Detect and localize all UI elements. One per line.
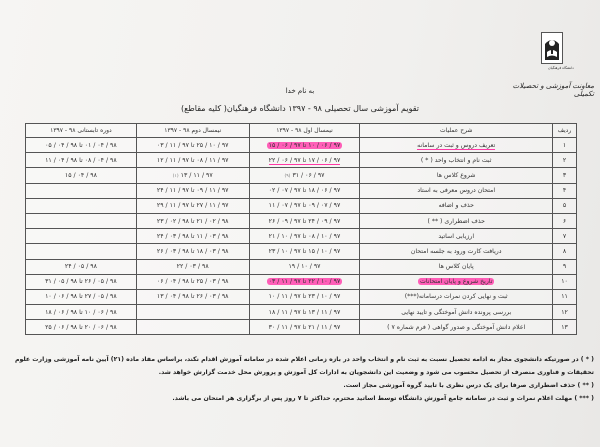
highlighted-desc: تاریخ شروع و پایان امتحانات: [418, 278, 494, 285]
row-no: ۲: [553, 153, 577, 168]
row-summer: ۹۸ / ۰۶ / ۲۰ تا ۹۸ / ۰۶ / ۲۵: [26, 320, 137, 335]
row-desc: حذف و اضافه: [360, 198, 553, 213]
row-no: ۱۲: [553, 305, 577, 320]
row-sem2: ۹۸ / ۰۳ / ۲۵ تا ۹۸ / ۰۴ / ۰۶: [136, 274, 249, 289]
row-sem2: ۹۷ / ۱۱ / ۰۸ تا ۹۷ / ۱۱ / ۱۲: [136, 153, 249, 168]
row-summer: ۹۸ / ۰۴ / ۰۸ تا ۹۸ / ۰۴ / ۱۱: [26, 153, 137, 168]
row-desc: تعریف دروس و ثبت در سامانه: [360, 138, 553, 153]
table-row: ۱ تعریف دروس و ثبت در سامانه ۹۷ / ۰۶ / ۱…: [26, 138, 577, 153]
footnotes: ( * ) در صورتیکه دانشجوی مجاز به ادامه ت…: [4, 353, 594, 405]
table-row: ۹ پایان کلاس ها ۹۷ / ۱۰ / ۱۹ ۹۸ / ۰۳ / ۲…: [26, 259, 577, 274]
row-sem2: ۹۷ / ۱۱ / ۲۷ تا ۹۷ / ۱۱ / ۲۹: [136, 198, 249, 213]
row-sem1: ۹۷ / ۰۷ / ۰۹ تا ۹۷ / ۰۷ / ۱۱: [249, 198, 360, 213]
row-desc: ثبت و نهایی کردن نمرات درسامانه(***): [360, 289, 553, 304]
row-no: ۵: [553, 198, 577, 213]
table-row: ۵ حذف و اضافه ۹۷ / ۰۷ / ۰۹ تا ۹۷ / ۰۷ / …: [26, 198, 577, 213]
row-sem2: ۹۸ / ۰۳ / ۱۱ تا ۹۸ / ۰۳ / ۲۴: [136, 229, 249, 244]
row-sem2: ۹۸ / ۰۲ / ۲۱ تا ۹۸ / ۰۲ / ۲۳: [136, 213, 249, 228]
row-summer: [26, 229, 137, 244]
row-no: ۹: [553, 259, 577, 274]
row-sem1: ۹۷ / ۱۰ / ۱۹: [249, 259, 360, 274]
row-no: ۱۱: [553, 289, 577, 304]
underlined-date: ۹۷ / ۰۶ / ۱۷ تا ۹۷ / ۰۶ / ۲۲: [269, 157, 341, 165]
footnote-2: ( ** ) حذف اضطراری صرفا برای یک درس نظری…: [4, 379, 594, 392]
table-row: ۲ ثبت نام و انتخاب واحد ( * ) ۹۷ / ۰۶ / …: [26, 153, 577, 168]
row-summer: ۹۸ / ۰۴ / ۰۱ تا ۹۸ / ۰۴ / ۰۵: [26, 138, 137, 153]
row-desc: شروع کلاس ها: [360, 168, 553, 183]
row-sem1: ۹۷ / ۱۱ / ۱۳ تا ۹۷ / ۱۱ / ۱۸: [249, 305, 360, 320]
row-sem1: ۹۷ / ۱۰ / ۱۵ تا ۹۷ / ۱۰ / ۲۳: [249, 244, 360, 259]
table-header-row: ردیف شرح عملیات نیمسال اول ۹۸ - ۱۳۹۷ نیم…: [26, 124, 577, 138]
header-sem1: نیمسال اول ۹۸ - ۱۳۹۷: [249, 124, 360, 138]
date-value: ۹۷ / ۰۶ / ۳۱: [292, 172, 324, 179]
row-desc: تاریخ شروع و پایان امتحانات: [360, 274, 553, 289]
table-row: ۴ امتحان دروس معرفی به استاد ۹۷ / ۰۶ / ۱…: [26, 183, 577, 198]
handwritten-note: (۱): [173, 174, 179, 179]
footnote-1-line-1: ( * ) در صورتیکه دانشجوی مجاز به ادامه ت…: [4, 353, 594, 366]
row-sem1: ۹۷ / ۰۶ / ۱۰ تا ۹۷ / ۰۶ / ۱۵: [249, 138, 360, 153]
row-summer: ۹۸ / ۰۴ / ۱۵: [26, 168, 137, 183]
table-row: ۱۳ اعلام دانش آموختگی و صدور گواهی ( فرم…: [26, 320, 577, 335]
academic-calendar-table: ردیف شرح عملیات نیمسال اول ۹۸ - ۱۳۹۷ نیم…: [25, 123, 577, 335]
footnote-1-line-2: تحقیقات و فناوری منصرف از تحصیل محسوب می…: [4, 366, 594, 379]
row-sem2: [136, 305, 249, 320]
row-no: ۱۰: [553, 274, 577, 289]
row-sem1: ۹۷ / ۱۰ / ۲۲ تا ۹۷ / ۱۱ / ۰۳: [249, 274, 360, 289]
underlined-desc: تعریف دروس و ثبت در سامانه: [417, 142, 495, 150]
university-logo-icon: [541, 32, 563, 64]
row-sem2: ۹۸ / ۰۳ / ۱۸ تا ۹۸ / ۰۳ / ۲۶: [136, 244, 249, 259]
row-sem2: ۹۷ / ۱۰ / ۲۵ تا ۹۷ / ۱۱ / ۰۳: [136, 138, 249, 153]
row-desc: بررسی پرونده دانش آموختگی و تایید نهایی: [360, 305, 553, 320]
row-desc: پایان کلاس ها: [360, 259, 553, 274]
row-sem2: ۹۷ / ۱۱ / ۱۳(۱): [136, 168, 249, 183]
highlighted-date: ۹۷ / ۰۶ / ۱۰ تا ۹۷ / ۰۶ / ۱۵: [267, 142, 343, 149]
row-no: ۳: [553, 168, 577, 183]
row-sem1: ۹۷ / ۱۱ / ۲۱ تا ۹۷ / ۱۱ / ۳۰: [249, 320, 360, 335]
row-no: ۸: [553, 244, 577, 259]
university-label: دانشگاه فرهنگیان: [548, 66, 574, 70]
row-summer: ۹۸ / ۰۵ / ۲۶ تا ۹۸ / ۰۵ / ۳۱: [26, 274, 137, 289]
row-summer: ۹۸ / ۰۵ / ۲۷ تا ۹۸ / ۰۶ / ۱۰: [26, 289, 137, 304]
header-description: شرح عملیات: [360, 124, 553, 138]
table-row: ۱۱ ثبت و نهایی کردن نمرات درسامانه(***) …: [26, 289, 577, 304]
row-summer: ۹۸ / ۰۵ / ۲۴: [26, 259, 137, 274]
row-desc: ارزیابی اساتید: [360, 229, 553, 244]
table-row: ۸ دریافت کارت ورود به جلسه امتحان ۹۷ / ۱…: [26, 244, 577, 259]
row-sem2: [136, 320, 249, 335]
date-value: ۹۷ / ۱۱ / ۱۳: [181, 172, 213, 179]
header-sem2: نیمسال دوم ۹۸ - ۱۳۹۷: [136, 124, 249, 138]
header-summer: دوره تابستانی ۹۸ - ۱۳۹۷: [26, 124, 137, 138]
row-sem1: ۹۷ / ۰۶ / ۳۱(۹): [249, 168, 360, 183]
handwritten-note: (۹): [284, 174, 290, 179]
header-row-no: ردیف: [553, 124, 577, 138]
row-desc: اعلام دانش آموختگی و صدور گواهی ( فرم شم…: [360, 320, 553, 335]
row-sem2: ۹۸ / ۰۳ / ۲۲: [136, 259, 249, 274]
row-summer: [26, 183, 137, 198]
highlighted-date: ۹۷ / ۱۰ / ۲۲ تا ۹۷ / ۱۱ / ۰۳: [267, 278, 343, 285]
table-row: ۶ حذف اضطراری ( ** ) ۹۷ / ۰۹ / ۲۴ تا ۹۷ …: [26, 213, 577, 228]
logo-emblem-icon: [542, 34, 562, 62]
row-sem1: ۹۷ / ۰۶ / ۱۸ تا ۹۷ / ۰۷ / ۰۲: [249, 183, 360, 198]
bismillah: به نام خدا: [0, 87, 600, 95]
page-title: تقویم آموزشی سال تحصیلی ۹۸ - ۱۳۹۷ دانشگا…: [0, 104, 600, 113]
footnote-3: ( *** ) مهلت اعلام نمرات و ثبت در سامانه…: [4, 392, 594, 405]
row-summer: ۹۸ / ۰۶ / ۱۰ تا ۹۸ / ۰۶ / ۱۸: [26, 305, 137, 320]
row-no: ۱۳: [553, 320, 577, 335]
row-no: ۴: [553, 183, 577, 198]
row-sem2: ۹۷ / ۱۱ / ۰۹ تا ۹۷ / ۱۱ / ۲۴: [136, 183, 249, 198]
row-sem1: ۹۷ / ۰۶ / ۱۷ تا ۹۷ / ۰۶ / ۲۲: [249, 153, 360, 168]
row-sem1: ۹۷ / ۱۰ / ۲۳ تا ۹۷ / ۱۱ / ۱۰: [249, 289, 360, 304]
row-summer: [26, 213, 137, 228]
table-row: ۱۲ بررسی پرونده دانش آموختگی و تایید نها…: [26, 305, 577, 320]
row-desc: امتحان دروس معرفی به استاد: [360, 183, 553, 198]
row-desc: حذف اضطراری ( ** ): [360, 213, 553, 228]
row-desc: ثبت نام و انتخاب واحد ( * ): [360, 153, 553, 168]
row-sem1: ۹۷ / ۱۰ / ۰۸ تا ۹۷ / ۱۰ / ۲۱: [249, 229, 360, 244]
table-row: ۳ شروع کلاس ها ۹۷ / ۰۶ / ۳۱(۹) ۹۷ / ۱۱ /…: [26, 168, 577, 183]
row-summer: [26, 244, 137, 259]
table-row: ۱۰ تاریخ شروع و پایان امتحانات ۹۷ / ۱۰ /…: [26, 274, 577, 289]
row-desc: دریافت کارت ورود به جلسه امتحان: [360, 244, 553, 259]
table-row: ۷ ارزیابی اساتید ۹۷ / ۱۰ / ۰۸ تا ۹۷ / ۱۰…: [26, 229, 577, 244]
calendar-document: دانشگاه فرهنگیان معاونت آموزشی و تحصیلات…: [0, 0, 600, 447]
row-no: ۶: [553, 213, 577, 228]
row-no: ۱: [553, 138, 577, 153]
row-sem1: ۹۷ / ۰۹ / ۲۴ تا ۹۷ / ۰۹ / ۲۶: [249, 213, 360, 228]
row-sem2: ۹۸ / ۰۳ / ۲۶ تا ۹۸ / ۰۴ / ۱۳: [136, 289, 249, 304]
row-summer: [26, 198, 137, 213]
row-no: ۷: [553, 229, 577, 244]
